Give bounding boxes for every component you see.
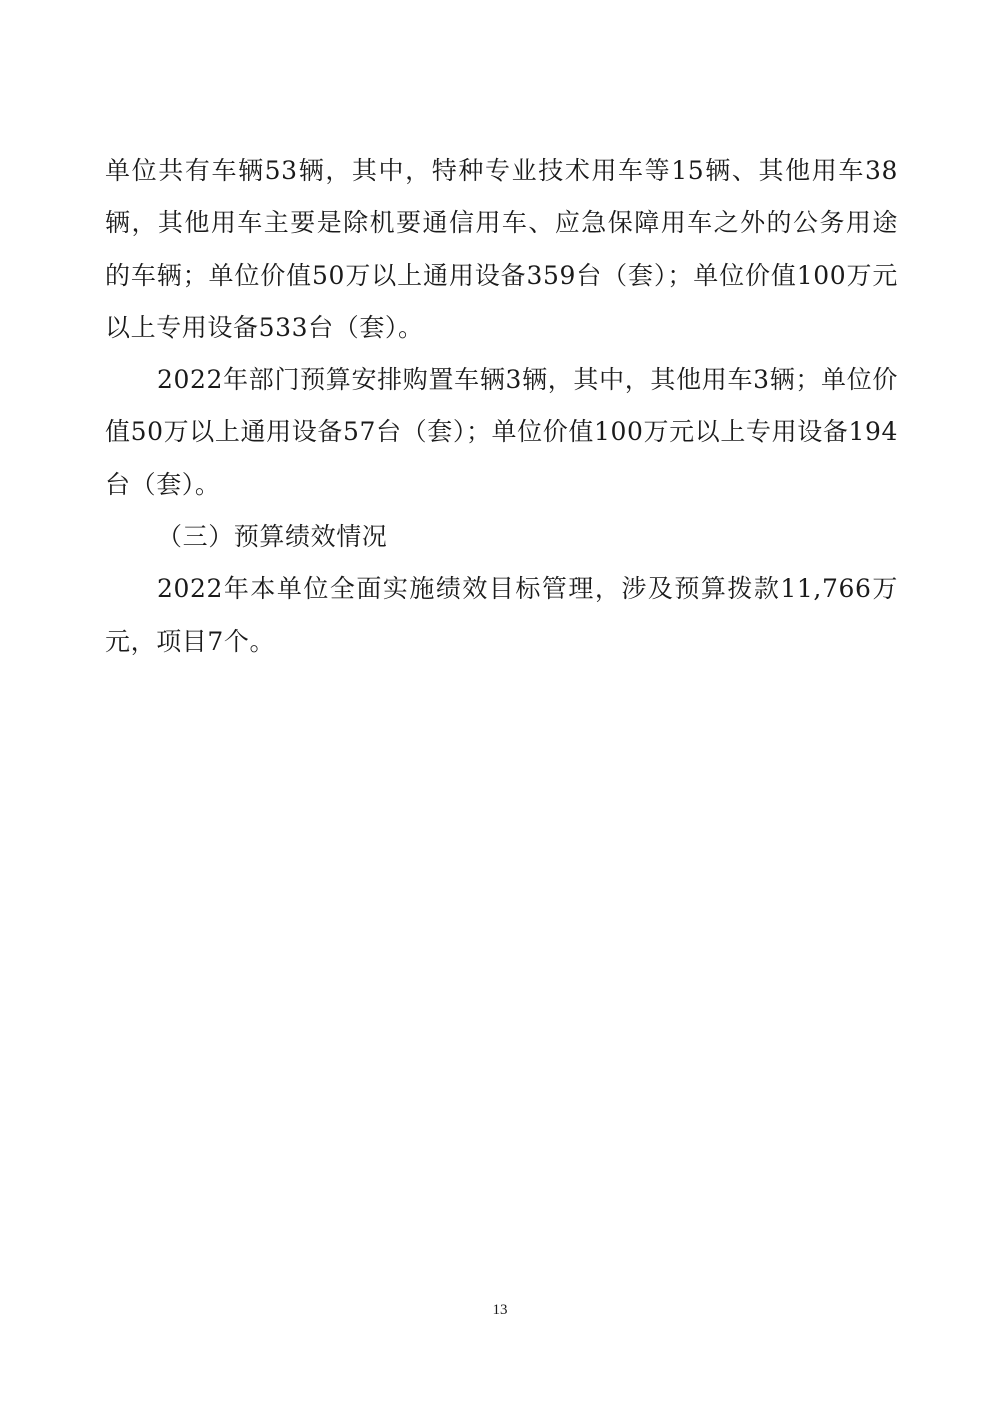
page-number: 13 xyxy=(0,1302,1000,1319)
vehicle-equipment-summary-paragraph: 单位共有车辆53辆，其中，特种专业技术用车等15辆、其他用车38辆，其他用车主要… xyxy=(105,145,898,354)
purchase-plan-paragraph: 2022年部门预算安排购置车辆3辆，其中，其他用车3辆；单位价值50万以上通用设… xyxy=(105,354,898,511)
section-heading-budget-performance: （三）预算绩效情况 xyxy=(105,511,898,563)
page-body: 单位共有车辆53辆，其中，特种专业技术用车等15辆、其他用车38辆，其他用车主要… xyxy=(105,145,898,668)
performance-management-paragraph: 2022年本单位全面实施绩效目标管理，涉及预算拨款11,766万元，项目7个。 xyxy=(105,563,898,668)
